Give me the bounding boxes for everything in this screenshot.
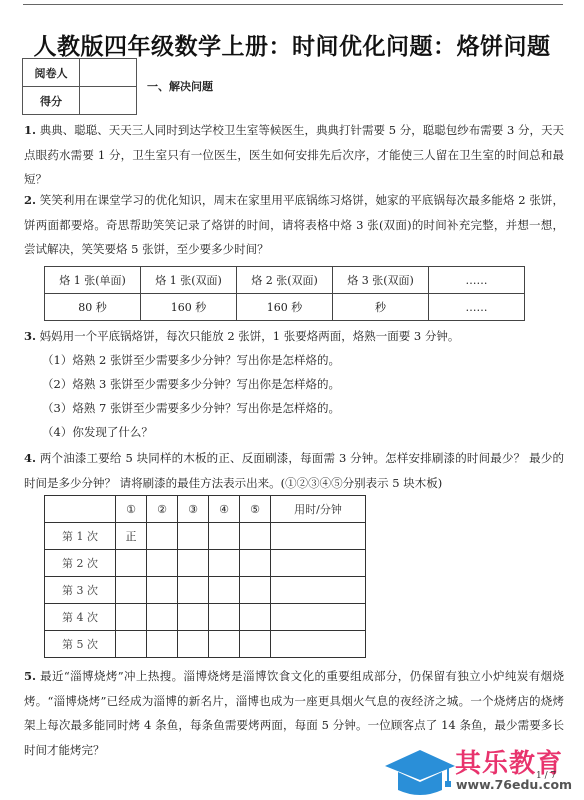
table-cell: 80 秒	[45, 294, 141, 321]
table-cell[interactable]	[178, 631, 209, 658]
table-header-cell: ②	[147, 496, 178, 523]
table-cell[interactable]	[271, 577, 366, 604]
table-cell[interactable]	[116, 604, 147, 631]
score-label: 得分	[23, 87, 80, 115]
question-text: 典典、聪聪、天天三人同时到达学校卫生室等候医生，典典打针需要 5 分，聪聪包纱布…	[24, 123, 564, 186]
section-title: 一、解决问题	[147, 78, 213, 94]
table-header-cell: ④	[209, 496, 240, 523]
table-row: 第 5 次	[45, 631, 366, 658]
table-cell: ……	[429, 294, 525, 321]
table-header-cell: ③	[178, 496, 209, 523]
question-text: 妈妈用一个平底锅烙饼，每次只能放 2 张饼，1 张要烙两面，烙熟一面要 3 分钟…	[40, 329, 460, 343]
question-number: 4.	[24, 451, 36, 465]
row-label: 第 1 次	[45, 523, 116, 550]
table-header-cell: ……	[429, 267, 525, 294]
question-4: 4. 两个油漆工要给 5 块同样的木板的正、反面刷漆，每面需 3 分钟。怎样安排…	[24, 446, 564, 495]
table-row: 第 4 次	[45, 604, 366, 631]
row-label: 第 5 次	[45, 631, 116, 658]
question-1: 1. 典典、聪聪、天天三人同时到达学校卫生室等候医生，典典打针需要 5 分，聪聪…	[24, 118, 564, 192]
table-cell[interactable]	[209, 604, 240, 631]
row-label: 第 2 次	[45, 550, 116, 577]
question-3-sub-2: （2）烙熟 3 张饼至少需要多少分钟？写出你是怎样烙的。	[42, 372, 340, 396]
table-header-cell: 烙 1 张(单面)	[45, 267, 141, 294]
table-cell[interactable]	[240, 631, 271, 658]
table-cell[interactable]	[240, 550, 271, 577]
table-cell[interactable]	[240, 604, 271, 631]
question-text: 笑笑利用在课堂学习的优化知识，周末在家里用平底锅练习烙饼，她家的平底锅每次最多能…	[24, 193, 564, 256]
table-header-cell	[45, 496, 116, 523]
table-cell[interactable]	[147, 550, 178, 577]
question-number: 5.	[24, 669, 36, 683]
table-header-cell: 用时/分钟	[271, 496, 366, 523]
table-cell[interactable]	[147, 604, 178, 631]
table-header-cell: 烙 2 张(双面)	[237, 267, 333, 294]
table-cell[interactable]	[147, 631, 178, 658]
question-3-sub-3: （3）烙熟 7 张饼至少需要多少分钟？写出你是怎样烙的。	[42, 396, 340, 420]
table-row: 第 3 次	[45, 577, 366, 604]
table-cell[interactable]	[178, 550, 209, 577]
table-header-cell: ①	[116, 496, 147, 523]
table-cell[interactable]	[147, 577, 178, 604]
table-cell[interactable]	[178, 577, 209, 604]
table-cell: 160 秒	[237, 294, 333, 321]
score-field[interactable]	[80, 87, 137, 115]
table-header-row: ① ② ③ ④ ⑤ 用时/分钟	[45, 496, 366, 523]
table-cell[interactable]	[209, 577, 240, 604]
table-cell[interactable]	[271, 523, 366, 550]
question-3-sub-1: （1）烙熟 2 张饼至少需要多少分钟？写出你是怎样烙的。	[42, 348, 340, 372]
table-cell[interactable]: 正	[116, 523, 147, 550]
table-cell[interactable]	[240, 577, 271, 604]
page-title: 人教版四年级数学上册：时间优化问题：烙饼问题	[0, 28, 584, 61]
table-cell[interactable]	[178, 523, 209, 550]
question-3: 3. 妈妈用一个平底锅烙饼，每次只能放 2 张饼，1 张要烙两面，烙熟一面要 3…	[24, 324, 564, 349]
question-3-sub-4: （4）你发现了什么？	[42, 420, 153, 444]
table-row: 第 1 次 正	[45, 523, 366, 550]
table-row: 第 2 次	[45, 550, 366, 577]
table-cell[interactable]	[271, 550, 366, 577]
table-cell[interactable]	[116, 631, 147, 658]
table-cell[interactable]	[209, 523, 240, 550]
table-row: 80 秒 160 秒 160 秒 秒 ……	[45, 294, 525, 321]
question-text: 两个油漆工要给 5 块同样的木板的正、反面刷漆，每面需 3 分钟。怎样安排刷漆的…	[24, 451, 564, 490]
table-header-cell: ⑤	[240, 496, 271, 523]
reviewer-field[interactable]	[80, 59, 137, 87]
table-cell: 160 秒	[141, 294, 237, 321]
table-cell[interactable]	[116, 577, 147, 604]
question-2: 2. 笑笑利用在课堂学习的优化知识，周末在家里用平底锅练习烙饼，她家的平底锅每次…	[24, 188, 564, 262]
table-cell[interactable]	[116, 550, 147, 577]
score-box: 阅卷人 得分	[22, 58, 137, 115]
table-header-row: 烙 1 张(单面) 烙 1 张(双面) 烙 2 张(双面) 烙 3 张(双面) …	[45, 267, 525, 294]
table-cell[interactable]	[147, 523, 178, 550]
top-rule	[23, 4, 563, 5]
table-cell[interactable]	[178, 604, 209, 631]
row-label: 第 4 次	[45, 604, 116, 631]
table-cell[interactable]	[271, 631, 366, 658]
question-number: 3.	[24, 329, 36, 343]
pancake-time-table: 烙 1 张(单面) 烙 1 张(双面) 烙 2 张(双面) 烙 3 张(双面) …	[44, 266, 525, 321]
table-cell[interactable]	[240, 523, 271, 550]
table-cell[interactable]	[271, 604, 366, 631]
table-header-cell: 烙 1 张(双面)	[141, 267, 237, 294]
table-header-cell: 烙 3 张(双面)	[333, 267, 429, 294]
answer-cell[interactable]: 秒	[333, 294, 429, 321]
question-number: 2.	[24, 193, 36, 207]
painting-schedule-table: ① ② ③ ④ ⑤ 用时/分钟 第 1 次 正 第 2 次 第 3 次 第 4 …	[44, 495, 366, 658]
row-label: 第 3 次	[45, 577, 116, 604]
table-cell[interactable]	[209, 550, 240, 577]
reviewer-label: 阅卷人	[23, 59, 80, 87]
question-number: 1.	[24, 123, 36, 137]
page-number: 1 / 7	[536, 771, 556, 781]
table-cell[interactable]	[209, 631, 240, 658]
